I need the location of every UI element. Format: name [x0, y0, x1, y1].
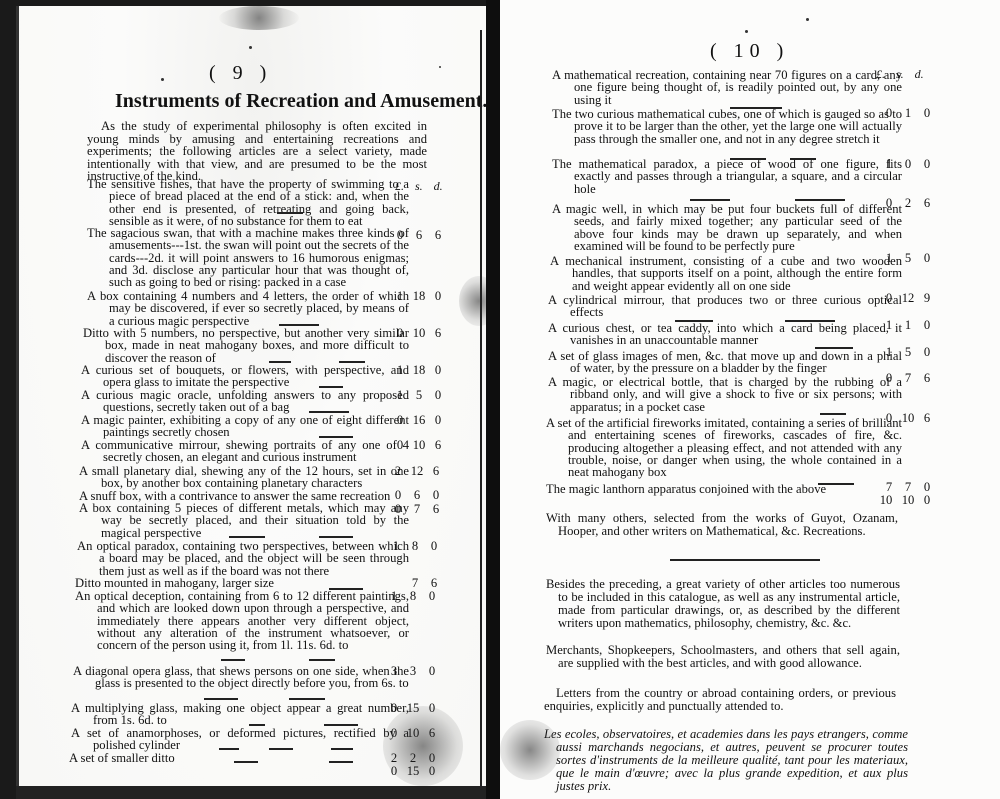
- catalogue-item: A mechanical instrument, consisting of a…: [550, 255, 902, 292]
- intro-paragraph: As the study of experimental philosophy …: [87, 120, 427, 183]
- book-gutter: [486, 0, 500, 799]
- divider-rule: [309, 659, 335, 661]
- ink-stain: [383, 706, 463, 786]
- note-merchants: Merchants, Shopkeepers, Schoolmasters, a…: [546, 644, 900, 670]
- section-divider: [670, 559, 820, 561]
- note-others: With many others, selected from the work…: [546, 512, 898, 538]
- catalogue-item: A cylindrical mirrour, that produces two…: [548, 294, 902, 319]
- divider-rule: [785, 320, 835, 322]
- catalogue-item: The sensitive fishes, that have the prop…: [87, 178, 409, 227]
- divider-rule: [790, 158, 816, 160]
- divider-rule: [289, 698, 325, 700]
- speck: [249, 46, 252, 49]
- catalogue-item: A small planetary dial, shewing any of t…: [79, 465, 409, 490]
- catalogue-item: The sagacious swan, that with a machine …: [87, 227, 409, 288]
- left-page: ( 9 ) Instruments of Recreation and Amus…: [16, 6, 489, 799]
- divider-rule: [329, 588, 363, 590]
- divider-rule: [269, 361, 291, 363]
- divider-rule: [204, 698, 238, 700]
- divider-rule: [690, 199, 730, 201]
- divider-rule: [815, 347, 853, 349]
- divider-rule: [319, 536, 353, 538]
- note-letters: Letters from the country or abroad conta…: [544, 687, 896, 713]
- divider-rule: [730, 158, 766, 160]
- divider-rule: [269, 748, 293, 750]
- catalogue-item: A set of the artificial fireworks imitat…: [546, 417, 902, 478]
- divider-rule: [229, 536, 265, 538]
- catalogue-item: A diagonal opera glass, that shews perso…: [73, 665, 409, 690]
- catalogue-item: An optical deception, containing from 6 …: [75, 590, 409, 651]
- catalogue-item: A curious set of bouquets, or flowers, w…: [81, 364, 409, 389]
- catalogue-item: The magic lanthorn apparatus conjoined w…: [546, 483, 902, 495]
- catalogue-item: A magic well, in which may be put four b…: [552, 203, 902, 252]
- catalogue-item: The two curious mathematical cubes, one …: [552, 108, 902, 145]
- divider-rule: [795, 199, 845, 201]
- divider-rule: [319, 386, 343, 388]
- divider-rule: [331, 748, 353, 750]
- divider-rule: [249, 724, 265, 726]
- catalogue-item: A communicative mirrour, shewing portrai…: [81, 439, 409, 464]
- catalogue-item: A multiplying glass, making one object a…: [71, 702, 409, 727]
- right-page: ( 10 ) £. s. d. A mathematical recreatio…: [500, 0, 1000, 799]
- divider-rule: [221, 659, 245, 661]
- speck: [439, 66, 441, 68]
- ink-stain: [500, 720, 560, 780]
- ink-stain: [459, 276, 489, 326]
- divider-rule: [319, 436, 353, 438]
- catalogue-item: A set of glass images of men, &c. that m…: [548, 350, 902, 375]
- divider-rule: [279, 324, 319, 326]
- speck: [161, 78, 164, 81]
- speck: [806, 18, 809, 21]
- ink-stain: [219, 6, 299, 30]
- divider-rule: [219, 748, 239, 750]
- catalogue-item: A magic painter, exhibiting a copy of an…: [81, 414, 409, 439]
- divider-rule: [329, 761, 353, 763]
- page-number: ( 10 ): [710, 40, 789, 63]
- catalogue-item: A set of anamorphoses, or deformed pictu…: [71, 727, 409, 752]
- divider-rule: [234, 761, 258, 763]
- page-number: ( 9 ): [209, 62, 272, 85]
- page-title: Instruments of Recreation and Amusement.: [115, 90, 487, 113]
- catalogue-item: The mathematical paradox, a piece of woo…: [552, 158, 902, 195]
- catalogue-item: A box containing 5 pieces of different m…: [79, 502, 409, 539]
- catalogue-item: Ditto with 5 numbers, no perspective, bu…: [83, 327, 409, 364]
- divider-rule: [277, 212, 303, 214]
- note-french: Les ecoles, observatoires, et academies …: [544, 728, 908, 793]
- catalogue-item: An optical paradox, containing two persp…: [77, 540, 409, 577]
- divider-rule: [309, 411, 349, 413]
- divider-rule: [324, 724, 358, 726]
- catalogue-item: A magic, or electrical bottle, that is c…: [548, 376, 902, 413]
- page-edge-shadow: [16, 786, 486, 799]
- divider-rule: [818, 483, 854, 485]
- divider-rule: [820, 413, 846, 415]
- catalogue-item: A curious magic oracle, unfolding answer…: [81, 389, 409, 414]
- gutter-shadow: [480, 30, 482, 790]
- item-price: 10100: [874, 493, 936, 508]
- divider-rule: [675, 320, 713, 322]
- note-besides: Besides the preceding, a great variety o…: [546, 578, 900, 630]
- catalogue-item: A curious chest, or tea caddy, into whic…: [548, 322, 902, 347]
- divider-rule: [730, 107, 782, 109]
- speck: [745, 30, 748, 33]
- catalogue-item: A mathematical recreation, containing ne…: [552, 69, 902, 106]
- divider-rule: [339, 361, 365, 363]
- catalogue-item: A box containing 4 numbers and 4 letters…: [87, 290, 409, 327]
